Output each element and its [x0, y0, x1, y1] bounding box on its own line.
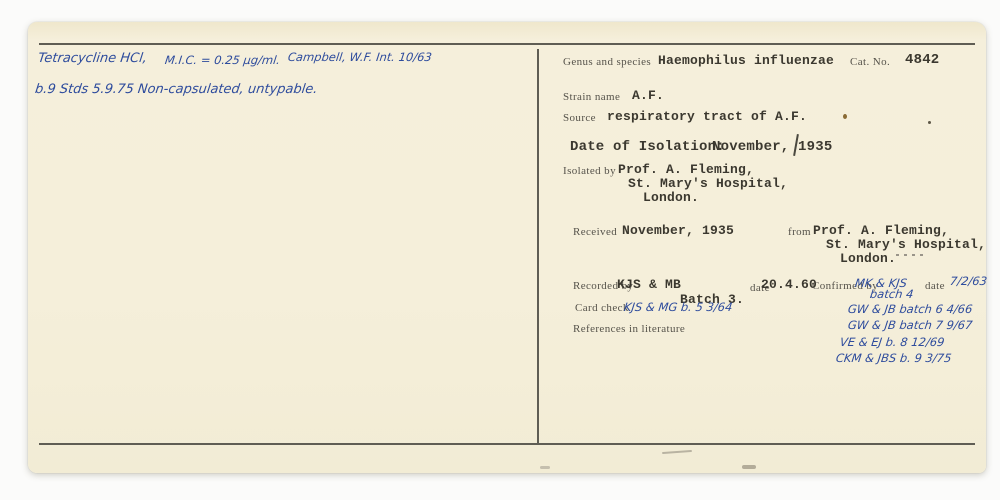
bottom-smudge-2 [540, 466, 550, 469]
received-from-label: from [788, 226, 811, 238]
source-value: respiratory tract of A.F. [607, 109, 807, 124]
batch-note-6: GW & JB batch 6 4/66 [847, 302, 973, 316]
column-divider-line [537, 49, 539, 444]
strain-name-value: A.F. [632, 88, 664, 103]
bottom-rule-line [39, 443, 975, 445]
handwritten-note-mic: M.I.C. = 0.25 µg/ml. [164, 53, 281, 67]
confirmed-date-value: 7/2/63 [949, 274, 988, 288]
bottom-smudge-1 [662, 450, 692, 454]
bottom-smudge-3 [742, 465, 756, 469]
card-check-label: Card check [575, 302, 629, 314]
isolated-by-label: Isolated by [563, 165, 616, 177]
batch-note-8: VE & EJ b. 8 12/69 [839, 335, 945, 349]
batch-note-9: CKM & JBS b. 9 3/75 [835, 351, 952, 365]
cat-no-label: Cat. No. [850, 56, 890, 68]
pencil-squiggle-mark [896, 254, 924, 256]
index-card: Tetracycline HCl, M.I.C. = 0.25 µg/ml. C… [28, 22, 986, 473]
recorded-by-value: KJS & MB [617, 277, 681, 292]
received-from-line2: St. Mary's Hospital, [826, 237, 986, 252]
brown-speck [843, 114, 847, 119]
cat-no-value: 4842 [905, 52, 939, 68]
received-from-line1: Prof. A. Fleming, [813, 223, 949, 238]
card-check-value: KJS & MG b. 5 3/64 [623, 300, 733, 314]
isolated-by-line2: St. Mary's Hospital, [628, 176, 788, 191]
genus-species-value: Haemophilus influenzae [658, 53, 834, 68]
references-label: References in literature [573, 323, 685, 335]
strain-name-label: Strain name [563, 91, 620, 103]
recorded-date-value: 20.4.60 [761, 277, 817, 292]
source-label: Source [563, 112, 596, 124]
dark-speck [928, 121, 931, 124]
top-rule-line [39, 43, 975, 45]
confirmed-batch-note: batch 4 [869, 287, 914, 301]
batch-note-7: GW & JB batch 7 9/67 [847, 318, 973, 332]
handwritten-note-noncapsulated: b.9 Stds 5.9.75 Non-capsulated, untypabl… [34, 82, 318, 97]
received-label: Received [573, 226, 617, 238]
confirmed-date-label: date [925, 280, 945, 292]
handwritten-note-campbell: Campbell, W.F. Int. 10/63 [287, 50, 433, 64]
isolated-by-line3: London. [643, 190, 699, 205]
isolated-by-line1: Prof. A. Fleming, [618, 162, 754, 177]
received-value: November, 1935 [622, 223, 734, 238]
scanned-index-card-page: Tetracycline HCl, M.I.C. = 0.25 µg/ml. C… [0, 0, 1000, 500]
isolation-date-value: November, 1935 [712, 139, 832, 155]
isolation-date-label: Date of Isolation: [570, 139, 725, 155]
genus-species-label: Genus and species [563, 56, 651, 68]
received-from-line3: London. [840, 251, 896, 266]
handwritten-note-tetracycline: Tetracycline HCl, [37, 51, 148, 66]
